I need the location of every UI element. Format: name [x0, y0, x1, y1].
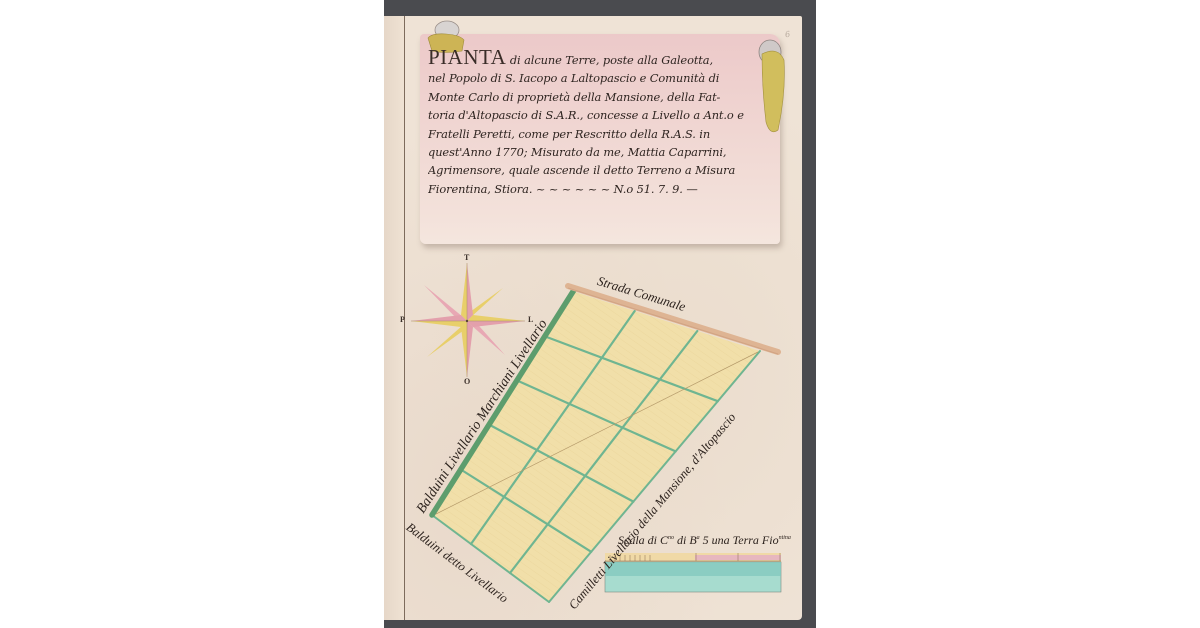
compass-south-label: O [464, 377, 470, 386]
compass-north-label: T [464, 253, 469, 262]
compass-rose-icon [411, 263, 525, 377]
scale-bar-icon [605, 553, 781, 592]
parcel-map [0, 0, 1200, 628]
compass-east-label: L [528, 315, 533, 324]
scale-bar-label: Scala di Cno di Ba 5 una Terra Fiontina [618, 533, 791, 548]
compass-west-label: P [400, 315, 405, 324]
